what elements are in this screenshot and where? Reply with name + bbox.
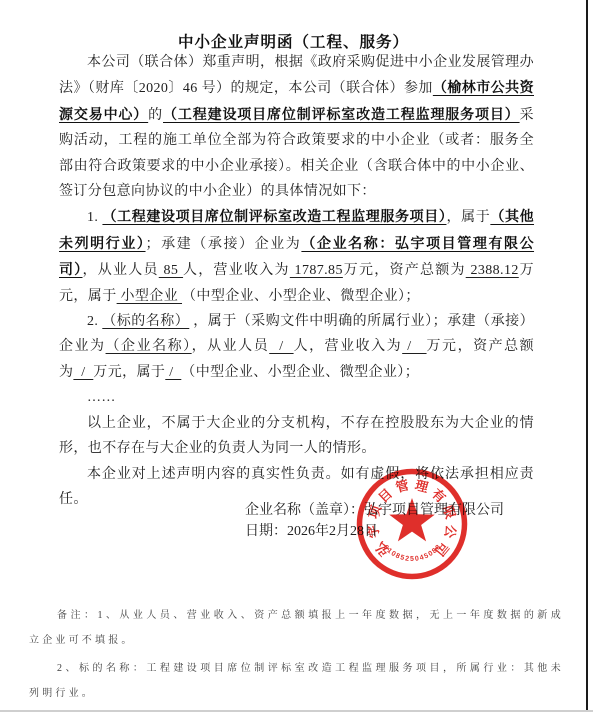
text-segment: 万元，资产总额为 [343, 263, 466, 278]
page-border-bottom [0, 710, 593, 712]
text-segment: ；承建（承接）企业为 [146, 237, 302, 252]
page-border-right [586, 0, 588, 711]
text-segment: 1. [87, 210, 102, 225]
seal-number-arc: 6108525045088 [382, 544, 443, 563]
seal-number-digit: 5 [399, 554, 405, 562]
text-segment: / [73, 365, 93, 380]
seal-number-digit: 4 [419, 554, 425, 562]
text-segment: 85 [159, 263, 183, 278]
text-segment: 2. [87, 314, 102, 329]
text-segment: （工程建设项目席位制评标室改造工程监理服务项目） [102, 208, 446, 224]
seal-number-digit: 8 [394, 552, 401, 560]
text-segment: 万元，属于 [93, 365, 165, 380]
text-segment: 1787.85 [290, 263, 343, 278]
text-segment: （标的名称） [102, 314, 189, 329]
document-page: 中小企业声明函（工程、服务） 本公司（联合体）郑重声明，根据《政府采购促进中小企… [0, 0, 593, 715]
seal-number-digit: 5 [423, 552, 430, 560]
paragraph: 1. （工程建设项目席位制评标室改造工程监理服务项目），属于（其他未列明行业）；… [59, 204, 534, 309]
text-segment: （工程建设项目席位制评标室改造工程监理服务项目） [163, 106, 520, 122]
text-segment: ，属于 [446, 210, 490, 225]
text-segment: （企业名称） [106, 339, 192, 354]
paragraph: 本公司（联合体）郑重声明，根据《政府采购促进中小企业发展管理办法》（财库〔202… [59, 50, 534, 204]
text-segment: ，从业人员 [83, 263, 159, 278]
text-segment: 以上企业，不属于大企业的分支机构，不存在控股股东为大企业的情形，也不存在与大企业… [59, 416, 534, 456]
text-segment: （中型企业、小型企业、微型企业）； [181, 365, 419, 380]
text-segment: / [165, 365, 181, 380]
text-segment: （中型企业、小型企业、微型企业）； [182, 289, 420, 304]
text-segment: 2388.12 [466, 263, 519, 278]
paragraph: 以上企业，不属于大企业的分支机构，不存在控股股东为大企业的情形，也不存在与大企业… [59, 411, 534, 462]
page-title: 中小企业声明函（工程、服务） [0, 30, 587, 52]
text-segment: 人，营业收入为 [183, 263, 290, 278]
seal-number-digit: 8 [431, 547, 439, 555]
text-segment: 人，营业收入为 [294, 339, 403, 354]
company-name-line: 企业名称（盖章）：弘宇项目管理有限公司 [245, 500, 504, 521]
seal-number-digit: 5 [410, 556, 414, 563]
company-seal-label: 企业名称（盖章）： [245, 503, 364, 518]
paragraph: 2. （标的名称） ，属于（采购文件中明确的所属行业）；承建（承接）企业为（企业… [59, 309, 534, 385]
paragraph: …… [59, 385, 534, 410]
seal-number-digit: 0 [415, 555, 420, 562]
text-segment: / [269, 339, 293, 354]
note-line: 2、标的名称：工程建设项目席位制评标室改造工程监理服务项目，所属行业：其他未列明… [29, 656, 564, 707]
seal-name-char: 司 [432, 539, 452, 559]
text-segment: 的 [148, 108, 163, 123]
text-segment: …… [87, 390, 116, 405]
text-segment: ，从业人员 [192, 339, 270, 354]
seal-number-digit: 8 [434, 544, 442, 552]
text-segment: / [402, 339, 426, 354]
notes-section: 备注：1、从业人员、营业收入、资产总额填报上一年度数据，无上一年度数据的新成立企… [29, 603, 564, 709]
seal-number-digit: 6 [382, 544, 390, 552]
seal-number-digit: 0 [390, 550, 397, 558]
text-segment: 小型企业 [117, 289, 182, 304]
seal-number-digit: 1 [385, 547, 393, 555]
document-body: 本公司（联合体）郑重声明，根据《政府采购促进中小企业发展管理办法》（财库〔202… [59, 50, 534, 512]
company-name: 弘宇项目管理有限公司 [364, 503, 504, 518]
seal-number-digit: 0 [427, 550, 434, 558]
seal-number-digit: 2 [405, 555, 410, 562]
date-line: 日期：2026年2月28日 [245, 521, 504, 542]
signature-block: 企业名称（盖章）：弘宇项目管理有限公司 日期：2026年2月28日 [245, 500, 504, 542]
note-line: 备注：1、从业人员、营业收入、资产总额填报上一年度数据，无上一年度数据的新成立企… [29, 603, 564, 654]
